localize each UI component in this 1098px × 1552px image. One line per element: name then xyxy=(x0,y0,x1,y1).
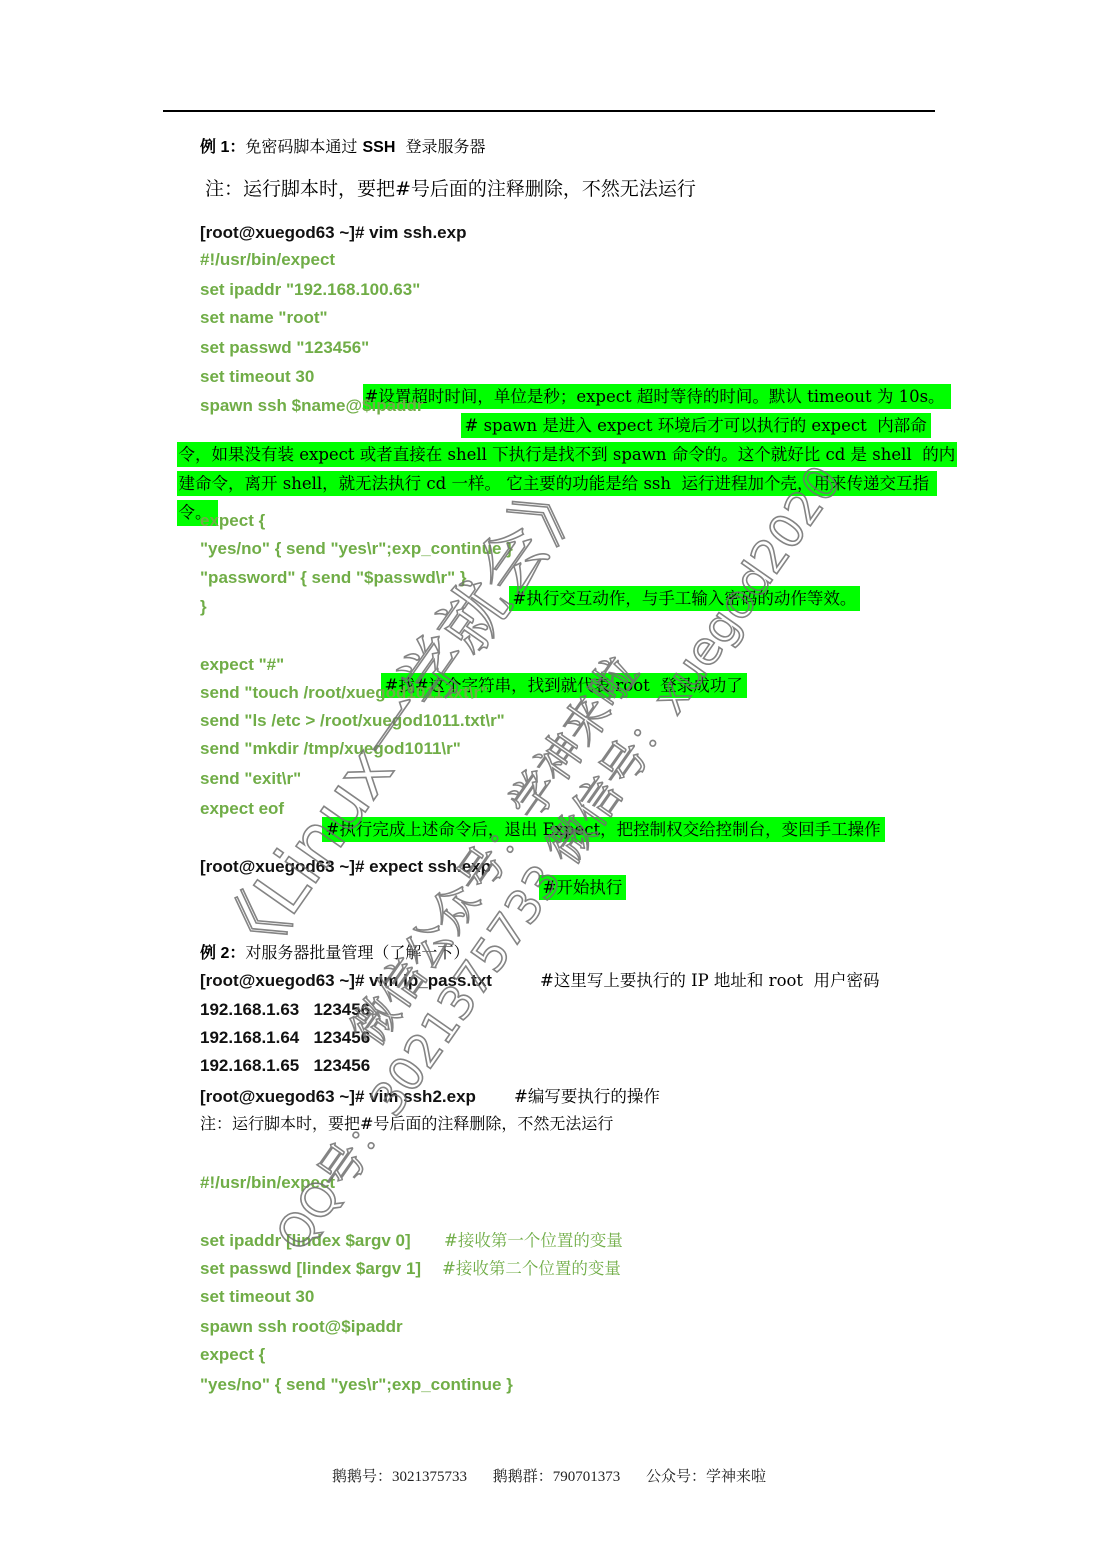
comment-run: #开始执行 xyxy=(528,855,626,899)
example2-note: 注：运行脚本时，要把#号后面的注释删除，不然无法运行 xyxy=(200,1113,613,1135)
script-line: send "exit\r" xyxy=(200,768,301,790)
command-vim-ssh2: [root@xuegod63 ~]# vim ssh2.exp xyxy=(200,1086,476,1108)
example2-title: 对服务器批量管理（了解一下） xyxy=(245,943,469,962)
comment-ip-pass: #这里写上要执行的 IP 地址和 root 用户密码 xyxy=(540,970,880,992)
example2-label: 例 2： xyxy=(200,945,245,962)
script-line: send "touch /root/xuegod1011.txt\r" xyxy=(200,682,488,704)
script-line: set name "root" xyxy=(200,307,328,329)
script-line: expect "#" xyxy=(200,654,284,676)
script-line: spawn ssh root@$ipaddr xyxy=(200,1316,403,1338)
comment-argv1: #接收第二个位置的变量 xyxy=(442,1258,621,1280)
script-line: expect { xyxy=(200,510,265,532)
example1-heading: 例 1：免密码脚本通过 SSH 登录服务器 xyxy=(200,136,486,159)
ip-value: 192.168.1.65 xyxy=(200,1056,299,1075)
password-value: 123456 xyxy=(313,1056,370,1075)
script-line: } xyxy=(200,596,207,618)
script-line: send "ls /etc > /root/xuegod1011.txt\r" xyxy=(200,710,505,732)
script-line: set ipaddr "192.168.100.63" xyxy=(200,279,420,301)
script-line: #!/usr/bin/expect xyxy=(200,1172,335,1194)
comment-expect-eof: #执行完成上述命令后，退出 Expect，把控制权交给控制台，变回手工操作 xyxy=(311,797,885,841)
script-line: "password" { send "$passwd\r" } xyxy=(200,567,467,589)
command-run-expect: [root@xuegod63 ~]# expect ssh.exp xyxy=(200,856,491,878)
ip-value: 192.168.1.63 xyxy=(200,1000,299,1019)
page-footer: 鹅鹅号：3021375733 鹅鹅群：790701373 公众号：学神来啦 xyxy=(0,1465,1098,1486)
script-line: expect eof xyxy=(200,798,284,820)
ip-pass-row: 192.168.1.65 123456 xyxy=(200,1055,370,1077)
comment-ssh2: #编写要执行的操作 xyxy=(514,1086,660,1108)
comment-run-text: #开始执行 xyxy=(539,875,627,900)
script-line: set timeout 30 xyxy=(200,366,314,388)
footer-wechat: 公众号：学神来啦 xyxy=(646,1469,766,1485)
footer-group: 鹅鹅群：790701373 xyxy=(493,1469,621,1485)
command-vim-ip-pass: [root@xuegod63 ~]# vim ip_pass.txt xyxy=(200,970,492,992)
example1-ssh: SSH xyxy=(362,139,395,156)
script-line: "yes/no" { send "yes\r";exp_continue } xyxy=(200,1374,513,1396)
example1-suffix: 登录服务器 xyxy=(406,137,486,156)
watermark-wechat-official: 微信公众号：学神来啦 xyxy=(333,642,651,1057)
example2-heading: 例 2：对服务器批量管理（了解一下） xyxy=(200,942,469,965)
example1-label: 例 1： xyxy=(200,139,245,156)
comment-expect-eof-text: #执行完成上述命令后，退出 Expect，把控制权交给控制台，变回手工操作 xyxy=(322,817,885,842)
example1-title: 免密码脚本通过 xyxy=(245,137,357,156)
comment-password: #执行交互动作，与手工输入密码的动作等效。 xyxy=(498,566,860,610)
script-line: expect { xyxy=(200,1344,265,1366)
comment-argv0: #接收第一个位置的变量 xyxy=(444,1230,623,1252)
header-rule xyxy=(163,110,935,112)
comment-spawn-3: 建命令，离开 shell，就无法执行 cd 一样。 它主要的功能是给 ssh 运… xyxy=(166,451,937,495)
example1-note: 注：运行脚本时，要把#号后面的注释删除，不然无法运行 xyxy=(205,178,696,200)
ip-value: 192.168.1.64 xyxy=(200,1028,299,1047)
comment-password-text: #执行交互动作，与手工输入密码的动作等效。 xyxy=(509,586,861,611)
script-line: #!/usr/bin/expect xyxy=(200,249,335,271)
command-vim-ssh: [root@xuegod63 ~]# vim ssh.exp xyxy=(200,222,466,244)
script-line: spawn ssh $name@$ipaddr xyxy=(200,395,423,417)
password-value: 123456 xyxy=(313,1028,370,1047)
password-value: 123456 xyxy=(313,1000,370,1019)
script-line: set passwd [lindex $argv 1] xyxy=(200,1258,421,1280)
script-line: set passwd "123456" xyxy=(200,337,369,359)
footer-qq: 鹅鹅号：3021375733 xyxy=(332,1469,467,1485)
comment-spawn-text-3: 建命令，离开 shell，就无法执行 cd 一样。 它主要的功能是给 ssh 运… xyxy=(177,471,938,496)
script-line: send "mkdir /tmp/xuegod1011\r" xyxy=(200,738,461,760)
script-line: set timeout 30 xyxy=(200,1286,314,1308)
script-line: "yes/no" { send "yes\r";exp_continue } xyxy=(200,538,513,560)
script-line: set ipaddr [lindex $argv 0] xyxy=(200,1230,411,1252)
ip-pass-row: 192.168.1.64 123456 xyxy=(200,1027,370,1049)
ip-pass-row: 192.168.1.63 123456 xyxy=(200,999,370,1021)
